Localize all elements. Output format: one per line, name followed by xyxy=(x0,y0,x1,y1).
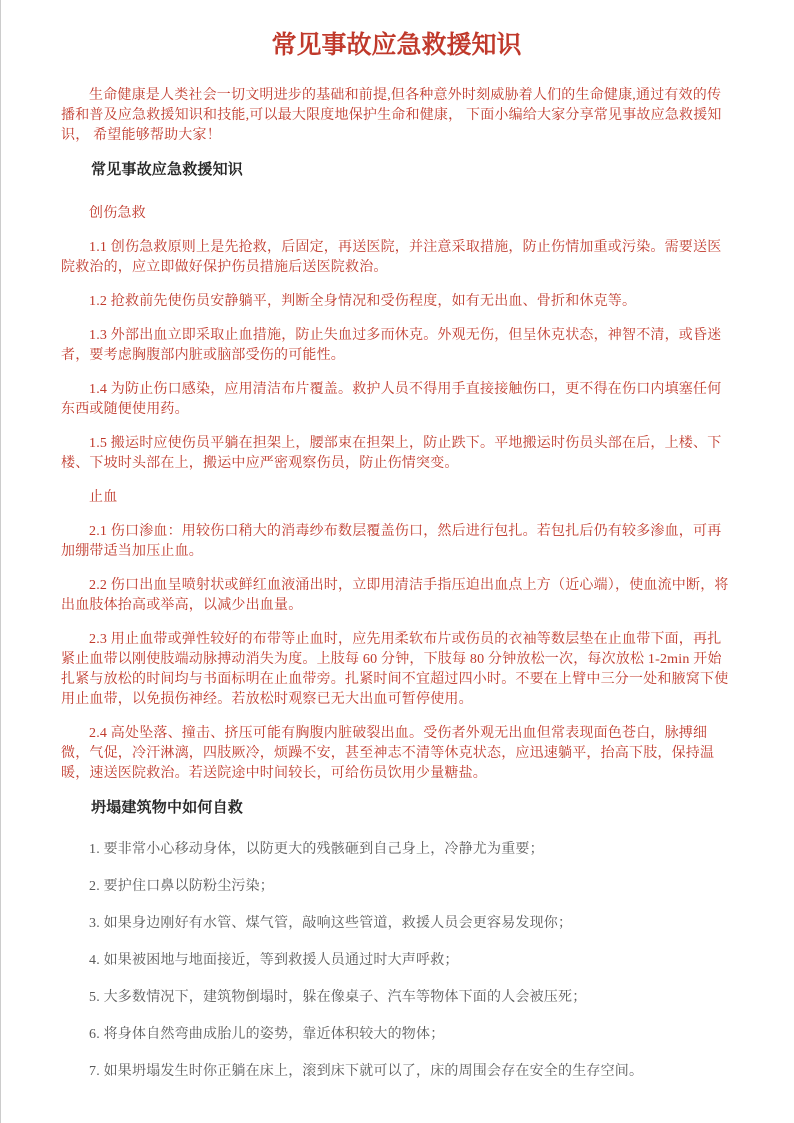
list-item-4: 4. 如果被困地与地面接近，等到救援人员通过时大声呼救； xyxy=(61,951,732,971)
document-page: 常见事故应急救援知识 生命健康是人类社会一切文明进步的基础和前提,但各种意外时刻… xyxy=(0,0,794,1123)
list-item-2: 2. 要护住口鼻以防粉尘污染； xyxy=(61,877,732,897)
subsection-title-trauma-first-aid: 创伤急救 xyxy=(61,204,732,224)
paragraph-1-4: 1.4 为防止伤口感染，应用清洁布片覆盖。救护人员不得用手直接接触伤口，更不得在… xyxy=(61,380,732,420)
paragraph-2-3: 2.3 用止血带或弹性较好的布带等止血时，应先用柔软布片或伤员的衣袖等数层垫在止… xyxy=(61,630,732,710)
doc-title: 常见事故应急救援知识 xyxy=(61,30,732,62)
list-item-6: 6. 将身体自然弯曲成胎儿的姿势，靠近体积较大的物体； xyxy=(61,1025,732,1045)
list-item-7: 7. 如果坍塌发生时你正躺在床上，滚到床下就可以了，床的周围会存在安全的生存空间… xyxy=(61,1062,732,1082)
intro-paragraph: 生命健康是人类社会一切文明进步的基础和前提,但各种意外时刻威胁着人们的生命健康,… xyxy=(61,86,732,146)
paragraph-2-2: 2.2 伤口出血呈喷射状或鲜红血液涌出时，立即用清洁手指压迫出血点上方（近心端）… xyxy=(61,576,732,616)
subsection-title-hemostasis: 止血 xyxy=(61,488,732,508)
section2-heading: 坍塌建筑物中如何自救 xyxy=(61,798,732,818)
paragraph-1-5: 1.5 搬运时应使伤员平躺在担架上，腰部束在担架上，防止跌下。平地搬运时伤员头部… xyxy=(61,434,732,474)
paragraph-1-2: 1.2 抢救前先使伤员安静躺平，判断全身情况和受伤程度，如有无出血、骨折和休克等… xyxy=(61,292,732,312)
list-item-1: 1. 要非常小心移动身体，以防更大的残骸砸到自己身上，冷静尤为重要； xyxy=(61,840,732,860)
paragraph-2-1: 2.1 伤口渗血：用较伤口稍大的消毒纱布数层覆盖伤口，然后进行包扎。若包扎后仍有… xyxy=(61,522,732,562)
section1-heading: 常见事故应急救援知识 xyxy=(61,160,732,180)
paragraph-1-3: 1.3 外部出血立即采取止血措施，防止失血过多而休克。外观无伤，但呈休克状态，神… xyxy=(61,326,732,366)
list-item-5: 5. 大多数情况下，建筑物倒塌时，躲在像桌子、汽车等物体下面的人会被压死； xyxy=(61,988,732,1008)
list-item-3: 3. 如果身边刚好有水管、煤气管，敲响这些管道，救援人员会更容易发现你； xyxy=(61,914,732,934)
paragraph-1-1: 1.1 创伤急救原则上是先抢救，后固定，再送医院，并注意采取措施，防止伤情加重或… xyxy=(61,238,732,278)
paragraph-2-4: 2.4 高处坠落、撞击、挤压可能有胸腹内脏破裂出血。受伤者外观无出血但常表现面色… xyxy=(61,724,732,784)
